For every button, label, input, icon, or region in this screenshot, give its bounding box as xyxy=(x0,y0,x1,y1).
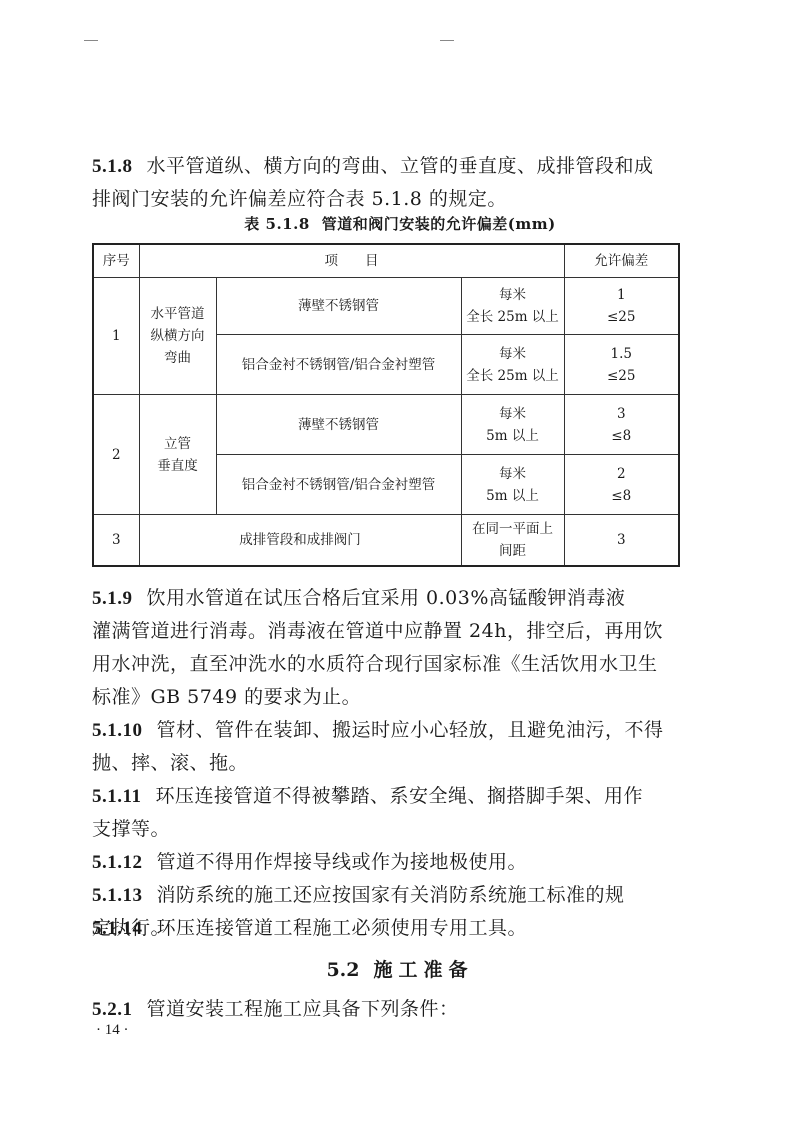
tolerance-table: 序号 项 目 允许偏差 1 水平管道 纵横方向 弯曲 薄壁不锈钢管 每米全长 2… xyxy=(92,243,680,567)
group-label: 立管 垂直度 xyxy=(139,395,216,515)
table-header-row: 序号 项 目 允许偏差 xyxy=(93,244,679,278)
clause-number: 5.1.8 xyxy=(92,156,133,177)
page-number: · 14 · xyxy=(96,1022,129,1039)
header-item: 项 目 xyxy=(139,244,564,278)
header-seq: 序号 xyxy=(93,244,139,278)
clause-number: 5.1.12 xyxy=(92,852,143,873)
clause-5-1-11: 5.1.11环压连接管道不得被攀踏、系安全绳、搁搭脚手架、用作 支撑等。 xyxy=(92,780,692,846)
clause-5-1-12: 5.1.12管道不得用作焊接导线或作为接地极使用。 xyxy=(92,846,692,879)
table-caption: 表 5.1.8管道和阀门安装的允许偏差(mm) xyxy=(0,213,800,234)
scan-mark-center xyxy=(440,40,454,41)
clause-number: 5.1.10 xyxy=(92,720,143,741)
table-row: 1 水平管道 纵横方向 弯曲 薄壁不锈钢管 每米全长 25m 以上 1≤25 xyxy=(93,278,679,335)
clause-number: 5.2.1 xyxy=(92,999,133,1020)
table-row: 3 成排管段和成排阀门 在同一平面上间距 3 xyxy=(93,515,679,566)
clause-5-1-8: 5.1.8水平管道纵、横方向的弯曲、立管的垂直度、成排管段和成 排阀门安装的允许… xyxy=(92,150,692,216)
clause-number: 5.1.11 xyxy=(92,786,141,807)
table-row: 2 立管 垂直度 薄壁不锈钢管 每米5m 以上 3≤8 xyxy=(93,395,679,455)
clause-number: 5.1.14 xyxy=(92,918,143,939)
group-label: 水平管道 纵横方向 弯曲 xyxy=(139,278,216,395)
clause-5-1-10: 5.1.10管材、管件在装卸、搬运时应小心轻放，且避免油污，不得 抛、摔、滚、拖… xyxy=(92,714,692,780)
scan-mark-left xyxy=(84,40,98,41)
header-tolerance: 允许偏差 xyxy=(564,244,679,278)
clause-5-1-9: 5.1.9饮用水管道在试压合格后宜采用 0.03%高锰酸钾消毒液 灌满管道进行消… xyxy=(92,582,692,714)
clause-5-2-1: 5.2.1管道安装工程施工应具备下列条件： xyxy=(92,993,692,1026)
section-heading: 5.2施工准备 xyxy=(0,955,800,982)
clause-number: 5.1.13 xyxy=(92,885,143,906)
clause-5-1-14: 5.1.14环压连接管道工程施工必须使用专用工具。 xyxy=(92,912,692,945)
clause-number: 5.1.9 xyxy=(92,588,133,609)
